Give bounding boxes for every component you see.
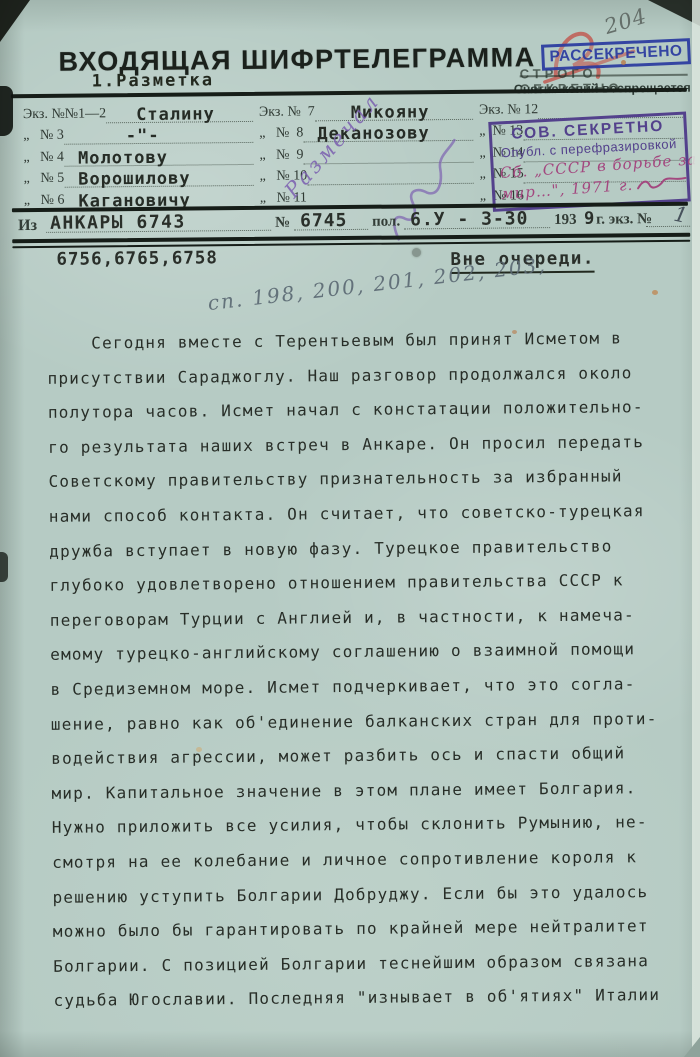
rust-speck bbox=[652, 290, 658, 295]
body-line: Нужно приложить все усилия, чтобы склони… bbox=[52, 805, 684, 846]
origin-city: АНКАРЫ 6743 bbox=[50, 212, 186, 234]
copy-number-label: „ № 5 bbox=[24, 171, 65, 188]
copy-number-label: „ № 8 bbox=[259, 125, 303, 142]
dotted-leader: Ворошилову bbox=[64, 163, 254, 187]
distribution-column-1: Экз. №№1—2Сталину „ № 3-"- „ № 4Молотову… bbox=[23, 100, 254, 210]
body-line: в Средиземном море. Исмет подчеркивает, … bbox=[50, 667, 682, 708]
dotted-leader: Молотову bbox=[64, 142, 254, 166]
scan-edge-blot bbox=[0, 86, 13, 136]
dotted-leader: -"- bbox=[64, 120, 254, 144]
copy-label: г. экз. № bbox=[596, 211, 652, 229]
year-prefix: 193 bbox=[554, 212, 577, 229]
copy-number-label: „ № 4 bbox=[23, 149, 64, 166]
dotted-leader: Микояну bbox=[315, 97, 473, 121]
telegram-body: Сегодня вместе с Терентьевым был принят … bbox=[47, 321, 686, 1019]
signature-squiggle bbox=[636, 174, 689, 194]
body-line: судьба Югославии. Последняя "изнывает в … bbox=[53, 978, 685, 1019]
scan-edge-blot bbox=[0, 552, 8, 582]
scan-edge-strip bbox=[692, 0, 700, 1057]
from-label: Из bbox=[18, 217, 37, 235]
rust-speck bbox=[621, 60, 626, 65]
cipher-numbers: 6756,6765,6758 bbox=[56, 248, 218, 270]
sov-sekretno-stamp: СОВ. СЕКРЕТНО Опубл. с перефразировкой С… bbox=[488, 111, 691, 211]
body-line: глубоко удовлетворено отношением правите… bbox=[49, 563, 681, 604]
pencil-list-note: сп. 198, 200, 201, 202, 203, bbox=[206, 252, 547, 315]
body-line: смотря на ее колебание и личное сопротив… bbox=[52, 840, 684, 881]
body-line: полутора часов. Исмет начал с констатаци… bbox=[48, 390, 680, 431]
copy-number-label: „ № 3 bbox=[23, 128, 64, 145]
body-line: можно было бы гарантировать по крайней м… bbox=[53, 909, 685, 950]
copy-number-label: Экз. № 12 bbox=[479, 102, 538, 120]
copy-number-label: Экз. № 7 bbox=[259, 104, 315, 122]
number-label: № bbox=[275, 215, 290, 232]
rust-speck bbox=[512, 330, 517, 334]
telegram-scan-page: ВХОДЯЩАЯ ШИФРТЕЛЕГРАММА 1.Разметка 204 С… bbox=[0, 0, 700, 1057]
telegram-number: 6745 bbox=[300, 210, 348, 231]
body-line: Сегодня вместе с Терентьевым был принят … bbox=[47, 321, 679, 362]
body-line: водействия агрессии, может разбить ось и… bbox=[51, 736, 683, 777]
received-datetime: 6.У - 3-30 bbox=[410, 208, 529, 230]
rust-speck bbox=[196, 747, 202, 752]
document-content: ВХОДЯЩАЯ ШИФРТЕЛЕГРАММА 1.Разметка 204 С… bbox=[0, 0, 700, 1057]
body-line: нами способ контакта. Он считает, что со… bbox=[49, 494, 681, 535]
copy-number-label: „ № 9 bbox=[259, 147, 303, 164]
year-digit: 9 bbox=[584, 209, 594, 229]
razmetka-label: 1.Разметка bbox=[92, 70, 215, 91]
paper-dot bbox=[412, 248, 421, 257]
received-label: пол. bbox=[372, 214, 400, 231]
dotted-leader: Сталину bbox=[106, 99, 253, 123]
